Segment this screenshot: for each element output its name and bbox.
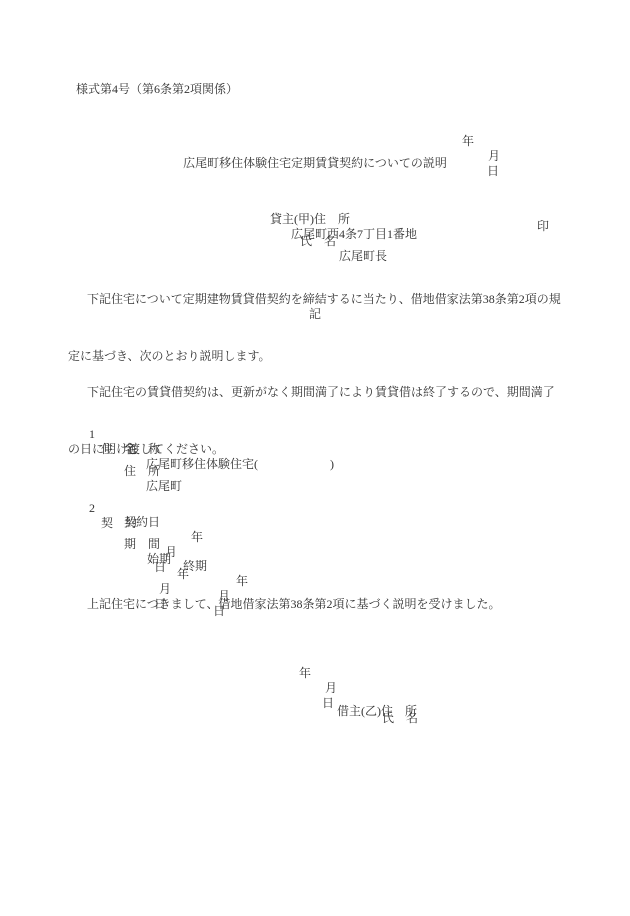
ki-heading: 記 [0,307,630,322]
lessor-name-label: 氏 名 [300,234,336,248]
year-label: 年 [236,574,248,588]
year-label: 年 [299,666,311,680]
document-page: 様式第4号（第6条第2項関係） 年 月 日 広尾町移住体験住宅定期賃貸契約につい… [0,0,630,916]
document-title: 広尾町移住体験住宅定期賃貸契約についての説明 [0,156,630,171]
seal-mark: 印 [537,219,549,234]
lessee-name-label: 氏 名 [382,711,418,726]
period-label: 期 間 [124,537,160,551]
period-start-label: 始期 [147,552,171,566]
section-contract-number: 2 [89,501,95,515]
period-end-row: 終期 年 月 日 [171,544,248,634]
notice-paragraph-line1: 下記住宅の賃貸借契約は、更新がなく期間満了により賃貸借は終了するので、期間満了 [68,383,555,402]
housing-address-value: 広尾町 [146,479,182,493]
housing-address-label: 住 所 [124,464,160,478]
year-label: 年 [191,530,203,544]
month-label: 月 [159,582,171,596]
lessee-party-label: 借主(乙) [337,704,381,718]
ack-paragraph: 上記住宅につきまして、借地借家法第38条第2項に基づく説明を受けました。 [68,595,501,614]
year-label: 年 [462,134,474,148]
section-housing-number: 1 [89,427,95,441]
period-end-label: 終期 [183,559,207,573]
form-number: 様式第4号（第6条第2項関係） [76,82,238,97]
